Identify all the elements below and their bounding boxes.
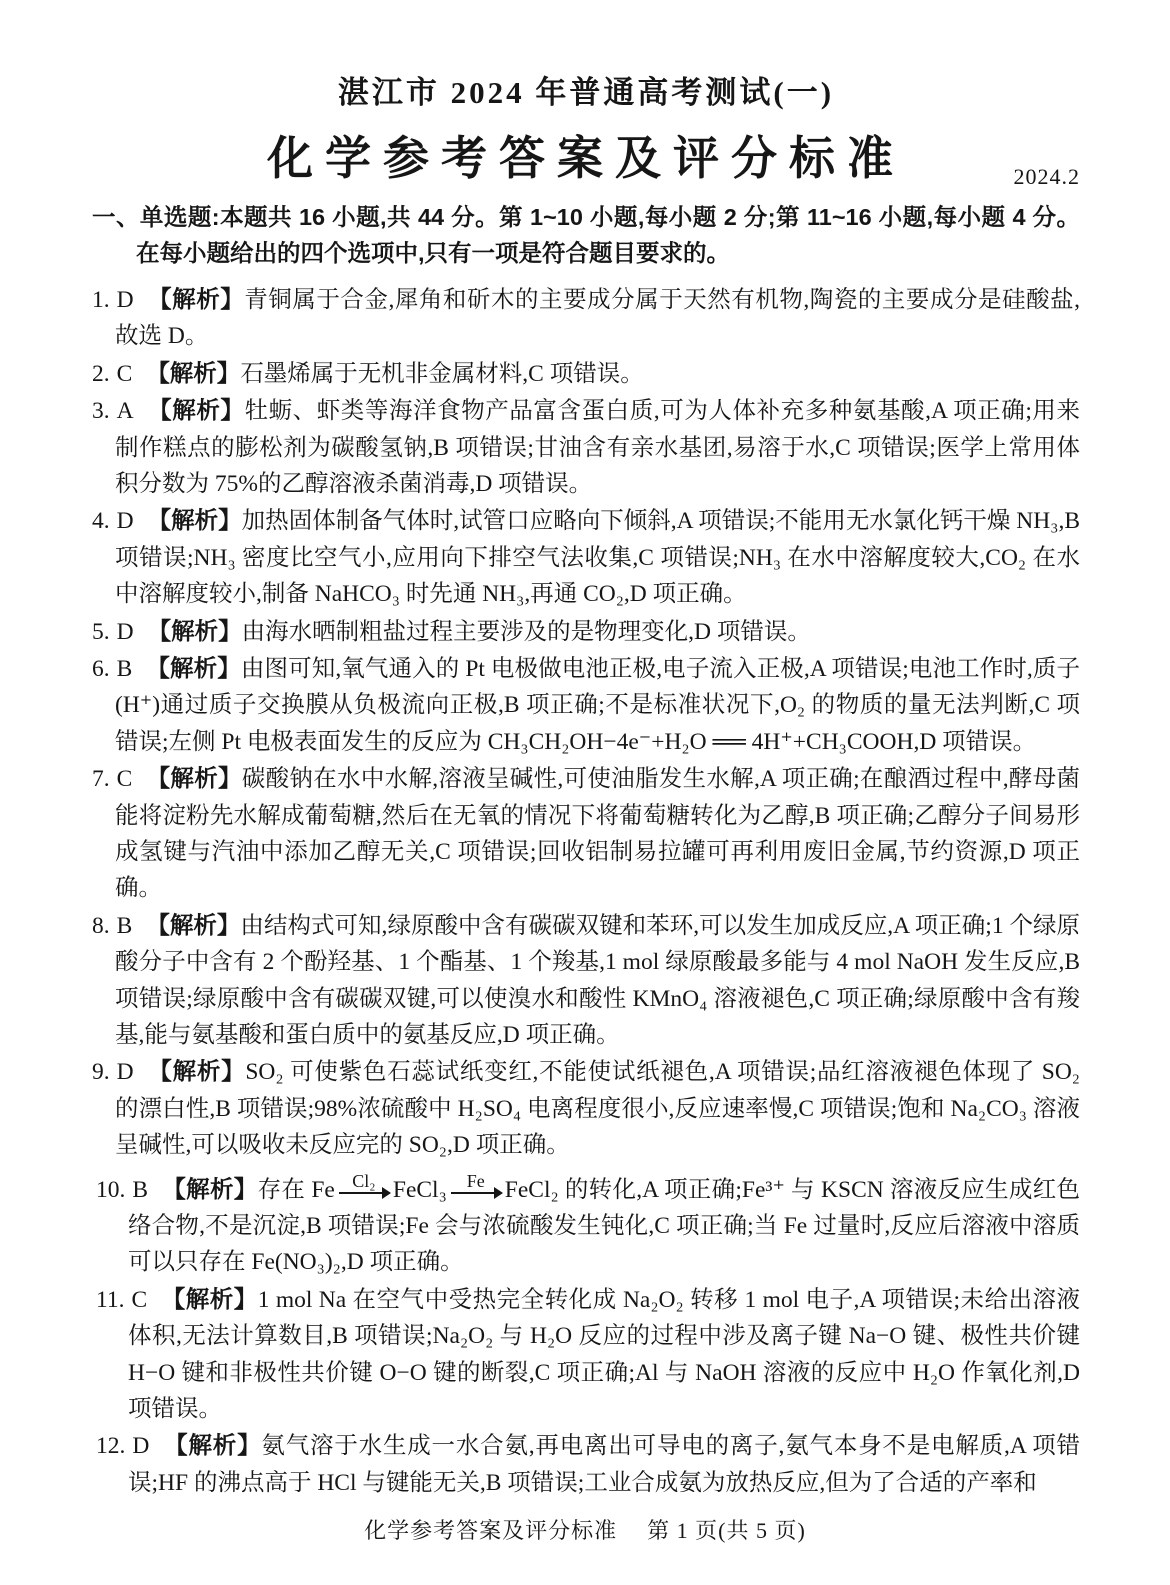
question-number: 7. (92, 766, 110, 792)
question-12: 12.D【解析】氨气溶于水生成一水合氨,再电离出可导电的离子,氨气本身不是电解质… (96, 1427, 1080, 1501)
explanation-text: 存在 Fe (258, 1177, 335, 1203)
question-3: 3.A【解析】牡蛎、虾类等海洋食物产品富含蛋白质,可为人体补充多种氨基酸,A 项… (92, 392, 1080, 502)
subject-title: 化学参考答案及评分标准 (92, 133, 1080, 186)
arrow-reagent-label: Cl₂ (352, 1172, 375, 1190)
answer-letter: D (117, 1059, 134, 1085)
analysis-label: 【解析】 (148, 1058, 246, 1084)
explanation-text: 石墨烯属于无机非金属材料,C 项错误。 (240, 361, 643, 387)
explanation-text: 青铜属于合金,犀角和斫木的主要成分属于天然有机物,陶瓷的主要成分是硅酸盐,故选 … (115, 287, 1080, 349)
question-number: 5. (92, 619, 110, 645)
answer-letter: B (117, 656, 133, 682)
footer-page-indicator: 第 1 页(共 5 页) (647, 1518, 806, 1543)
analysis-label: 【解析】 (148, 286, 245, 312)
question-4: 4.D【解析】加热固体制备气体时,试管口应略向下倾斜,A 项错误;不能用无水氯化… (92, 502, 1080, 612)
reaction-arrow-icon: Fe (451, 1176, 501, 1202)
question-number: 9. (92, 1059, 110, 1085)
question-5: 5.D【解析】由海水晒制粗盐过程主要涉及的是物理变化,D 项错误。 (92, 613, 1080, 650)
arrow-reagent-label: Fe (467, 1172, 485, 1190)
answer-letter: D (117, 287, 134, 313)
question-2: 2.C【解析】石墨烯属于无机非金属材料,C 项错误。 (92, 355, 1080, 392)
question-number: 11. (96, 1287, 125, 1313)
analysis-label: 【解析】 (148, 618, 242, 644)
document-page: 湛江市 2024 年普通高考测试(一) 化学参考答案及评分标准 2024.2 一… (92, 0, 1080, 1501)
analysis-label: 【解析】 (146, 765, 242, 791)
explanation-text: 碳酸钠在水中水解,溶液呈碱性,可使油脂发生水解,A 项正确;在酿酒过程中,酵母菌… (115, 766, 1080, 901)
analysis-label: 【解析】 (163, 1432, 261, 1458)
explanation-text: 由海水晒制粗盐过程主要涉及的是物理变化,D 项错误。 (242, 619, 811, 645)
explanation-text: 加热固体制备气体时,试管口应略向下倾斜,A 项错误;不能用无水氯化钙干燥 NH₃… (115, 508, 1080, 607)
explanation-text: 牡蛎、虾类等海洋食物产品富含蛋白质,可为人体补充多种氨基酸,A 项正确;用来制作… (115, 398, 1080, 497)
explanation-text: SO₂ 可使紫色石蕊试纸变红,不能使试纸褪色,A 项错误;品红溶液褪色体现了 S… (115, 1059, 1080, 1158)
question-10: 10.B【解析】存在 FeCl₂FeCl₃FeFeCl₂ 的转化,A 项正确;F… (96, 1171, 1080, 1281)
answer-letter: B (117, 913, 133, 939)
question-1: 1.D【解析】青铜属于合金,犀角和斫木的主要成分属于天然有机物,陶瓷的主要成分是… (92, 281, 1080, 355)
answer-letter: D (117, 619, 134, 645)
title-row: 化学参考答案及评分标准 2024.2 (92, 133, 1080, 186)
explanation-text: 由结构式可知,绿原酸中含有碳碳双键和苯环,可以发生加成反应,A 项正确;1 个绿… (115, 913, 1080, 1048)
reaction-arrow-icon: Cl₂ (339, 1176, 389, 1202)
question-number: 12. (96, 1433, 125, 1459)
answer-letter: B (132, 1177, 148, 1203)
arrow-line (339, 1192, 383, 1194)
footer-doc-title: 化学参考答案及评分标准 (364, 1518, 617, 1543)
arrow-line (451, 1192, 495, 1194)
question-9: 9.D【解析】SO₂ 可使紫色石蕊试纸变红,不能使试纸褪色,A 项错误;品红溶液… (92, 1053, 1080, 1163)
question-11: 11.C【解析】1 mol Na 在空气中受热完全转化成 Na₂O₂ 转移 1 … (96, 1281, 1080, 1428)
explanation-text: FeCl₃ (393, 1177, 447, 1203)
question-number: 2. (92, 361, 110, 387)
answer-letter: A (117, 398, 134, 424)
explanation-text: 由图可知,氧气通入的 Pt 电极做电池正极,电子流入正极,A 项错误;电池工作时… (115, 656, 1080, 755)
explanation-text: 氨气溶于水生成一水合氨,再电离出可导电的离子,氨气本身不是电解质,A 项错误;H… (128, 1433, 1080, 1495)
page-footer: 化学参考答案及评分标准第 1 页(共 5 页) (0, 1514, 1170, 1545)
exam-date: 2024.2 (1014, 164, 1081, 190)
analysis-label: 【解析】 (146, 360, 240, 386)
answer-letter: C (132, 1287, 148, 1313)
answer-letter: D (132, 1433, 149, 1459)
answer-letter: D (117, 508, 134, 534)
question-number: 6. (92, 656, 110, 682)
question-number: 4. (92, 508, 110, 534)
analysis-label: 【解析】 (146, 655, 241, 681)
analysis-label: 【解析】 (146, 912, 240, 938)
analysis-label: 【解析】 (148, 507, 242, 533)
analysis-label: 【解析】 (162, 1176, 258, 1202)
section-one-heading: 一、单选题:本题共 16 小题,共 44 分。第 1~10 小题,每小题 2 分… (92, 199, 1080, 272)
question-6: 6.B【解析】由图可知,氧气通入的 Pt 电极做电池正极,电子流入正极,A 项错… (92, 650, 1080, 760)
question-number: 3. (92, 398, 110, 424)
question-8: 8.B【解析】由结构式可知,绿原酸中含有碳碳双键和苯环,可以发生加成反应,A 项… (92, 907, 1080, 1054)
question-number: 1. (92, 287, 110, 313)
question-number: 8. (92, 913, 110, 939)
question-number: 10. (96, 1177, 125, 1203)
answer-letter: C (117, 361, 133, 387)
answer-list: 1.D【解析】青铜属于合金,犀角和斫木的主要成分属于天然有机物,陶瓷的主要成分是… (92, 281, 1080, 1501)
question-7: 7.C【解析】碳酸钠在水中水解,溶液呈碱性,可使油脂发生水解,A 项正确;在酿酒… (92, 760, 1080, 907)
explanation-text: 1 mol Na 在空气中受热完全转化成 Na₂O₂ 转移 1 mol 电子,A… (128, 1287, 1080, 1422)
analysis-label: 【解析】 (148, 397, 245, 423)
exam-title: 湛江市 2024 年普通高考测试(一) (92, 74, 1080, 111)
answer-letter: C (117, 766, 133, 792)
analysis-label: 【解析】 (161, 1286, 258, 1312)
